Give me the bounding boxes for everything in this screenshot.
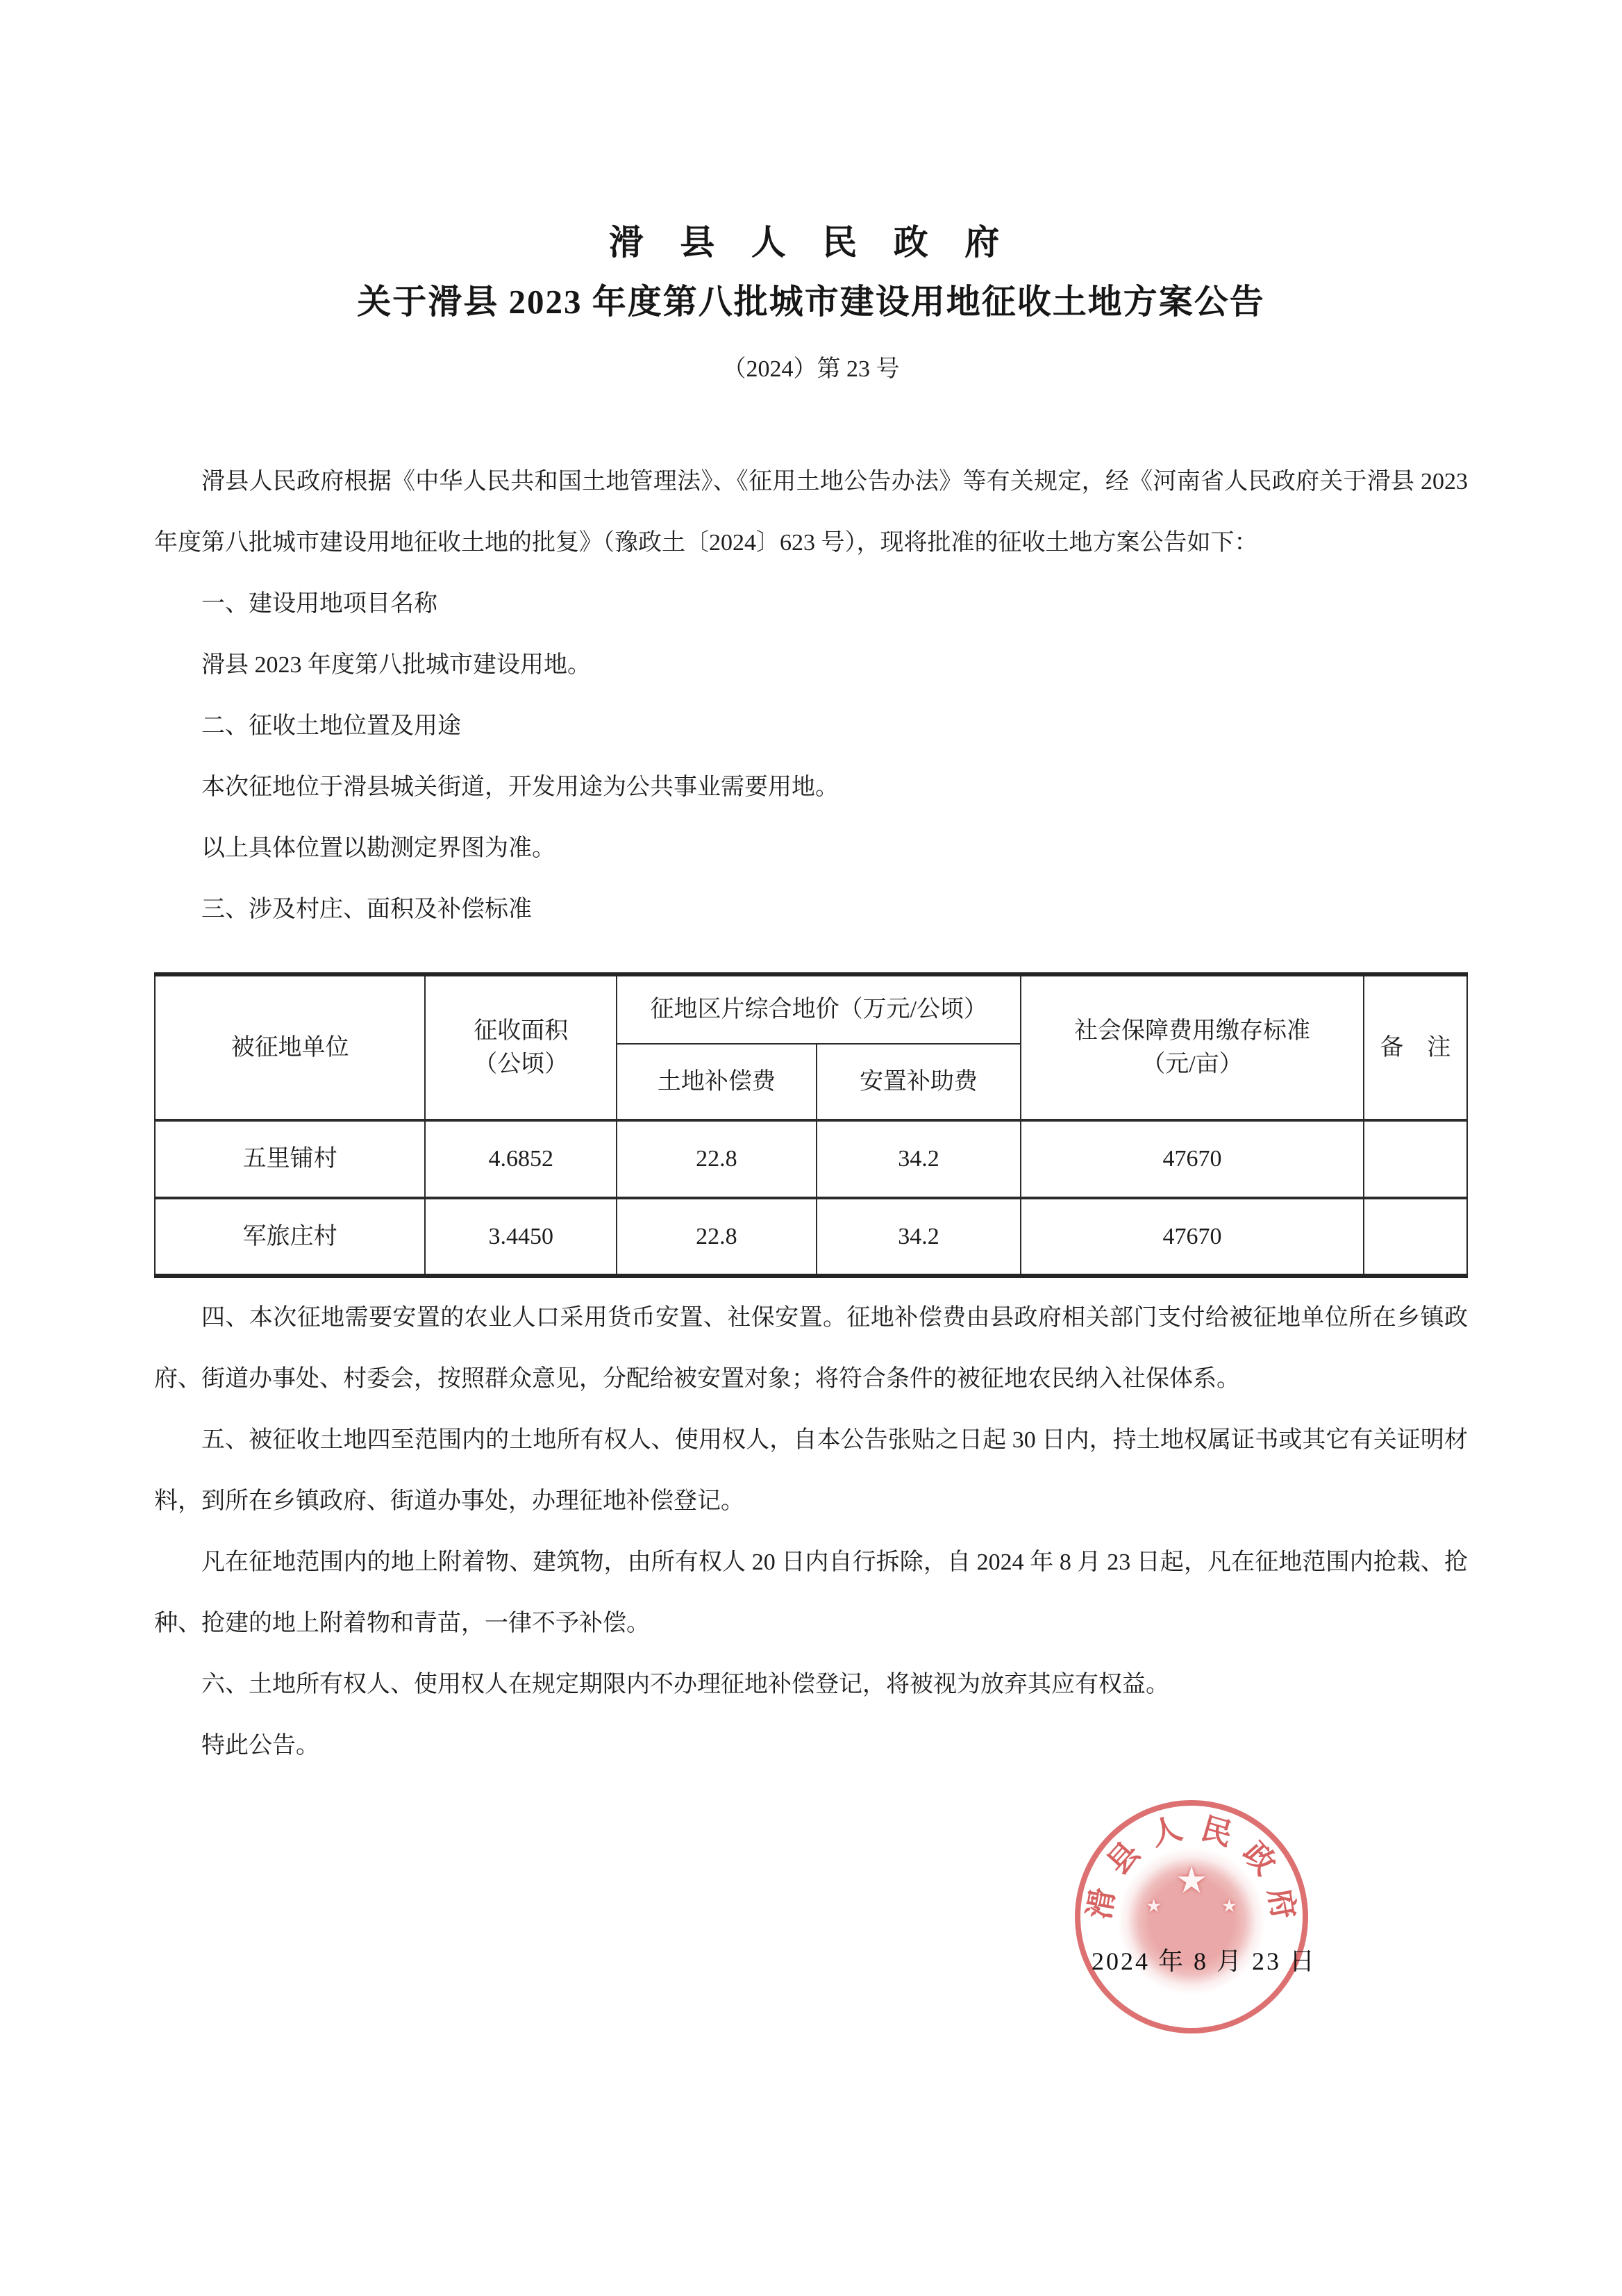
document-page: 滑 县 人 民 政 府 关于滑县 2023 年度第八批城市建设用地征收土地方案公… [0, 0, 1622, 2296]
paragraph-section1-body: 滑县 2023 年度第八批城市建设用地。 [154, 635, 1468, 696]
paragraph-section2-body: 本次征地位于滑县城关街道，开发用途为公共事业需要用地。 [154, 757, 1468, 818]
paragraph-section1-heading: 一、建设用地项目名称 [154, 574, 1468, 635]
cell-land-compensation: 22.8 [617, 1198, 816, 1276]
paragraph-section4: 四、本次征地需要安置的农业人口采用货币安置、社保安置。征地补偿费由县政府相关部门… [154, 1288, 1468, 1410]
cell-area: 3.4450 [425, 1198, 617, 1276]
cell-unit: 军旅庄村 [155, 1198, 425, 1276]
issue-date: 2024 年 8 月 23 日 [1092, 1942, 1316, 1977]
cell-remark [1364, 1120, 1467, 1198]
col-header-area: 征收面积 （公顷） [425, 974, 617, 1120]
cell-resettlement-subsidy: 34.2 [817, 1198, 1021, 1276]
col-header-resettlement-subsidy: 安置补助费 [817, 1044, 1021, 1120]
cell-land-compensation: 22.8 [617, 1120, 816, 1198]
document-content: 滑 县 人 民 政 府 关于滑县 2023 年度第八批城市建设用地征收土地方案公… [0, 0, 1622, 1777]
paragraph-section5: 五、被征收土地四至范围内的土地所有权人、使用权人，自本公告张贴之日起 30 日内… [154, 1410, 1468, 1532]
paragraph-section6: 六、土地所有权人、使用权人在规定期限内不办理征地补偿登记，将被视为放弃其应有权益… [154, 1654, 1468, 1715]
cell-social-security: 47670 [1021, 1120, 1363, 1198]
page-subtitle: 关于滑县 2023 年度第八批城市建设用地征收土地方案公告 [154, 279, 1468, 325]
cell-resettlement-subsidy: 34.2 [817, 1120, 1021, 1198]
paragraph-section3-heading: 三、涉及村庄、面积及补偿标准 [154, 879, 1468, 940]
seal-small-star-icon: ★ [1146, 1896, 1162, 1917]
cell-remark [1364, 1198, 1467, 1276]
seal-small-star-icon: ★ [1221, 1896, 1237, 1917]
compensation-table: 被征地单位 征收面积 （公顷） 征地区片综合地价（万元/公顷） 社会保障费用缴存… [154, 972, 1468, 1278]
table-row: 五里铺村 4.6852 22.8 34.2 47670 [155, 1120, 1467, 1198]
cell-social-security: 47670 [1021, 1198, 1363, 1276]
seal-star-icon: ★ [1176, 1860, 1208, 1902]
seal-arc: 滑县人民政府 [1075, 1800, 1308, 2033]
official-seal: 滑县人民政府 ★ ★ ★ [1075, 1800, 1308, 2033]
page-title: 滑 县 人 民 政 府 [154, 221, 1468, 264]
paragraph-intro: 滑县人民政府根据《中华人民共和国土地管理法》、《征用土地公告办法》等有关规定，经… [154, 451, 1468, 574]
doc-number: （2024）第 23 号 [154, 354, 1468, 385]
col-header-social-security: 社会保障费用缴存标准 （元/亩） [1021, 974, 1363, 1120]
cell-unit: 五里铺村 [155, 1120, 425, 1198]
paragraph-demolition-notice: 凡在征地范围内的地上附着物、建筑物，由所有权人 20 日内自行拆除，自 2024… [154, 1532, 1468, 1654]
col-header-unit: 被征地单位 [155, 974, 425, 1120]
col-header-price-group: 征地区片综合地价（万元/公顷） [617, 974, 1021, 1044]
col-header-land-compensation: 土地补偿费 [617, 1044, 816, 1120]
paragraph-section2-heading: 二、征收土地位置及用途 [154, 696, 1468, 757]
paragraph-section2-note: 以上具体位置以勘测定界图为准。 [154, 818, 1468, 879]
paragraph-closing: 特此公告。 [154, 1715, 1468, 1777]
table-row: 军旅庄村 3.4450 22.8 34.2 47670 [155, 1198, 1467, 1276]
body-text: 滑县人民政府根据《中华人民共和国土地管理法》、《征用土地公告办法》等有关规定，经… [154, 451, 1468, 1777]
col-header-remark: 备 注 [1364, 974, 1467, 1120]
cell-area: 4.6852 [425, 1120, 617, 1198]
